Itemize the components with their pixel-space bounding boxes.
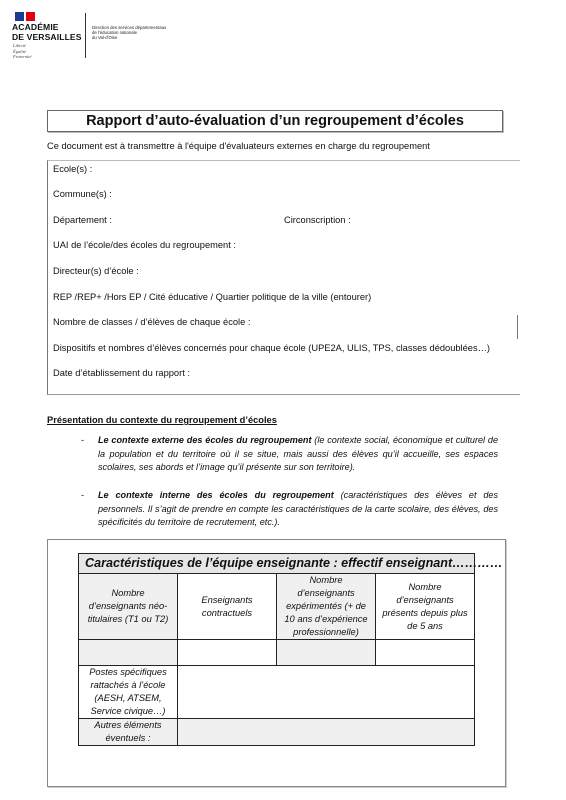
department-name: Direction des services départementaux de… (92, 25, 166, 41)
flag-blue-part (15, 12, 24, 21)
col-header-neo-titulaires: Nombre d’enseignants néo-titulaires (T1 … (79, 574, 178, 640)
bullet-dash: - (81, 490, 84, 500)
row-label-autres-elements: Autres éléments éventuels : (79, 719, 178, 746)
logo-divider (85, 13, 86, 58)
french-flag-icon (15, 12, 35, 21)
academy-line2: DE VERSAILLES (12, 33, 82, 43)
value-presents-5-ans[interactable] (376, 640, 475, 666)
document-title-box: Rapport d’auto-évaluation d’un regroupem… (47, 110, 503, 132)
value-contractuels[interactable] (178, 640, 277, 666)
field-rep[interactable]: REP /REP+ /Hors EP / Cité éducative / Qu… (53, 292, 371, 302)
academy-logo-text: ACADÉMIE DE VERSAILLES (12, 23, 82, 42)
school-info-form: Ecole(s) : Commune(s) : Département : Ci… (47, 160, 520, 395)
field-circonscription[interactable]: Circonscription : (284, 215, 351, 225)
value-experimentes[interactable] (277, 640, 376, 666)
republic-motto: Liberté Égalité Fraternité (13, 43, 32, 60)
col-header-presents-5-ans: Nombre d’enseignants présents depuis plu… (376, 574, 475, 640)
bullet-dash: - (81, 435, 84, 445)
field-ecoles[interactable]: Ecole(s) : (53, 164, 92, 174)
intro-text: Ce document est à transmettre à l'équipe… (47, 141, 430, 151)
col-header-contractuels: Enseignants contractuels (178, 574, 277, 640)
team-table-title: Caractéristiques de l’équipe enseignante… (79, 554, 475, 574)
context-externe-title: Le contexte externe des écoles du regrou… (98, 435, 311, 445)
row-label-postes-specifiques: Postes spécifiques rattachés à l’école (… (79, 666, 178, 719)
context-heading: Présentation du contexte du regroupement… (47, 415, 277, 425)
field-dispositifs[interactable]: Dispositifs et nombres d’élèves concerné… (53, 343, 490, 353)
row-value-autres-elements[interactable] (178, 719, 475, 746)
flag-red-part (26, 12, 35, 21)
context-externe-paragraph: Le contexte externe des écoles du regrou… (98, 434, 498, 475)
frame-edge-mark (517, 315, 518, 339)
row-value-postes-specifiques[interactable] (178, 666, 475, 719)
context-interne-title: Le contexte interne des écoles du regrou… (98, 490, 334, 500)
context-interne-paragraph: Le contexte interne des écoles du regrou… (98, 489, 498, 530)
field-date[interactable]: Date d’établissement du rapport : (53, 368, 190, 378)
field-uai[interactable]: UAI de l’école/des écoles du regroupemen… (53, 240, 236, 250)
field-departement[interactable]: Département : (53, 215, 112, 225)
document-title: Rapport d’auto-évaluation d’un regroupem… (86, 113, 464, 129)
field-directeurs[interactable]: Directeur(s) d’école : (53, 266, 139, 276)
value-neo-titulaires[interactable] (79, 640, 178, 666)
col-header-experimentes: Nombre d’enseignants expérimentés (+ de … (277, 574, 376, 640)
field-communes[interactable]: Commune(s) : (53, 189, 112, 199)
team-characteristics-table: Caractéristiques de l’équipe enseignante… (78, 553, 475, 746)
motto-fraternite: Fraternité (13, 54, 32, 60)
field-classes[interactable]: Nombre de classes / d’élèves de chaque é… (53, 317, 250, 327)
department-line: du Val-d'Oise (92, 35, 166, 40)
